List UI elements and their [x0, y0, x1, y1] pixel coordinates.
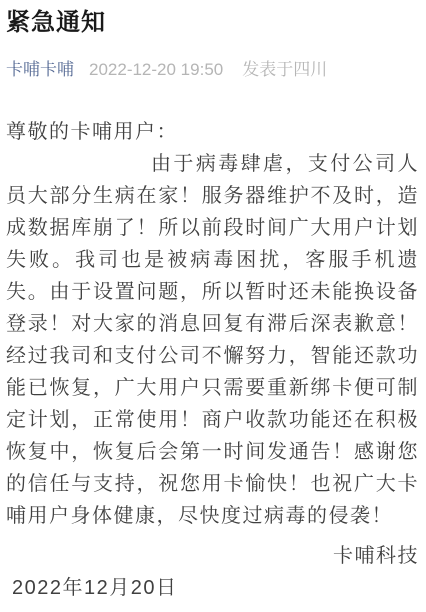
- article-body: 尊敬的卡哺用户： 由于病毒肆虐，支付公司人员大部分生病在家！服务器维护不及时，造…: [6, 116, 419, 604]
- publish-datetime: 2022-12-20 19:50: [89, 58, 223, 82]
- signature-paragraph: 卡哺科技: [6, 540, 419, 572]
- date-paragraph: 2022年12月20日: [6, 572, 419, 604]
- article-meta-row: 卡哺卡哺 2022-12-20 19:50 发表于四川: [6, 58, 419, 82]
- article-page: 紧急通知 卡哺卡哺 2022-12-20 19:50 发表于四川 尊敬的卡哺用户…: [0, 0, 426, 612]
- account-name-link[interactable]: 卡哺卡哺: [6, 58, 74, 82]
- body-paragraph: 由于病毒肆虐，支付公司人员大部分生病在家！服务器维护不及时，造成数据库崩了！所以…: [6, 148, 419, 532]
- page-title: 紧急通知: [6, 6, 419, 40]
- publish-location: 发表于四川: [242, 58, 327, 82]
- salutation-paragraph: 尊敬的卡哺用户：: [6, 116, 419, 148]
